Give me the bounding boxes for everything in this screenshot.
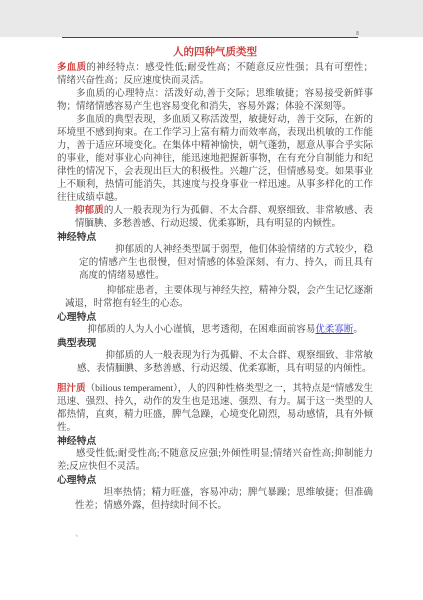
document-content: 人的四种气质类型 多血质的神经特点：感受性低;耐受性高；不随意反应性强；具有可塑… [0,38,423,540]
sanguine-nerve-text: 的神经特点：感受性低;耐受性高；不随意反应性强；具有可塑性；情绪兴奋性高；反应速… [57,63,373,86]
page-top-margin [0,0,423,37]
heading-psych-choleric: 心理特点 [57,474,373,487]
heading-typical-melancholic: 典型表现 [57,337,373,350]
term-melancholic: 抑郁质 [75,206,104,216]
paragraph-sanguine-nerve: 多血质的神经特点：感受性低;耐受性高；不随意反应性强；具有可塑性；情绪兴奋性高；… [57,62,373,88]
melancholic-intro-text: 的人一般表现为行为孤僻、不太合群、观察细致、非常敏感、表情腼腆、多愁善感、行动迟… [75,206,373,229]
paragraph-choleric-nerve: 感受性低;耐受性高;不随意反应强;外倾性明显;情绪兴奋性高;抑制能力差;反应快但… [57,448,373,474]
heading-nerve-choleric: 神经特点 [57,435,373,448]
link-indecisive[interactable]: 优柔寡断 [315,325,353,335]
doc-title: 人的四种气质类型 [57,46,373,59]
term-sanguine: 多血质 [57,63,86,73]
stray-mark: 、 [75,527,373,540]
melancholic-psych-text: 抑郁质的人为人小心谨慎，思考透彻，在困难面前容易 [87,325,315,335]
document-page: 人的四种气质类型 多血质的神经特点：感受性低;耐受性高；不随意反应性强；具有可塑… [0,0,423,600]
heading-psych-melancholic: 心理特点 [57,311,373,324]
paragraph-melancholic-psych: 抑郁质的人为人小心谨慎，思考透彻，在困难面前容易优柔寡断。 [57,324,373,337]
melancholic-psych-period: 。 [353,325,363,335]
paragraph-melancholic-nerve: 抑郁质的人神经类型属于弱型，他们体验情绪的方式较少，稳定的情感产生也很慢，但对情… [79,244,373,283]
heading-nerve-melancholic: 神经特点 [57,231,373,244]
paragraph-sanguine-typical: 多血质的典型表现，多血质又称活泼型，敏捷好动，善于交际，在新的环境里不感到拘束。… [57,114,373,205]
paragraph-sanguine-psych: 多血质的心理特点：活泼好动,善于交际；思维敏捷；容易接受新鲜事物；情绪情感容易产… [57,88,373,114]
paragraph-choleric-intro: 胆汁质（bilious temperament），人的四种性格类型之一，其特点是… [57,383,373,435]
paragraph-melancholic-depression: 抑郁症患者，主要体现与神经失控，精神分裂，会产生记忆逐渐减退，时常抱有轻生的心态… [65,285,373,311]
term-choleric: 胆汁质 [57,384,86,394]
choleric-intro-text: （bilious temperament），人的四种性格类型之一，其特点是“情感… [57,384,373,433]
paragraph-melancholic-intro: 抑郁质的人一般表现为行为孤僻、不太合群、观察细致、非常敏感、表情腼腆、多愁善感、… [75,205,373,231]
paragraph-choleric-psych: 坦率热情；精力旺盛，容易冲动；脾气暴躁；思维敏捷；但准确性差；情感外露，但持续时… [75,487,373,513]
paragraph-melancholic-typical: 抑郁质的人一般表现为行为孤僻、不太合群、观察细致、非常敏感、表情腼腆、多愁善感、… [77,350,373,376]
rule-end-artifact [356,31,359,35]
